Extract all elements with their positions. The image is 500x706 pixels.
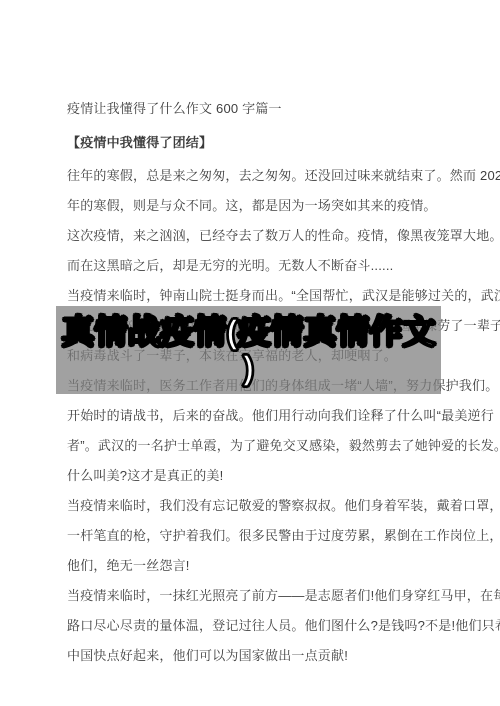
paragraph: 当疫情来临时，我们没有忘记敬爱的警察叔叔。他们身着军装，戴着口罩，像 一杆笔直的… [67, 491, 447, 581]
paragraph: 当疫情来临时，一抹红光照亮了前方——是志愿者们!他们身穿红马甲，在每个 路口尽心… [67, 581, 447, 671]
article-content: 疫情让我懂得了什么作文 600 字篇一 【疫情中我懂得了团结】 往年的寒假，总是… [67, 94, 447, 671]
paragraph-line: 往年的寒假，总是来之匆匆，去之匆匆。还没回过味来就结束了。然而 2020 [67, 161, 447, 191]
paragraph-line: 当疫情来临时，一抹红光照亮了前方——是志愿者们!他们身穿红马甲，在每个 [67, 581, 447, 611]
paragraph-line: 和病毒战斗了一辈子，本该在家享福的老人，却哽咽了。 [67, 341, 447, 371]
paragraph-line: 者”。武汉的一名护士单霞，为了避免交叉感染，毅然剪去了她钟爱的长发。 [67, 431, 447, 461]
paragraph-line: 他们，绝无一丝怨言! [67, 551, 447, 581]
paragraph: 当疫情来临时，钟南山院士挺身而出。“全国帮忙，武汉是能够过关的，武汉 本就是一座… [67, 281, 447, 371]
paragraph: 这次疫情，来之汹汹，已经夺去了数万人的性命。疫情，像黑夜笼罩大地。然 而在这黑暗… [67, 221, 447, 281]
article-page: 疫情让我懂得了什么作文 600 字篇一 【疫情中我懂得了团结】 往年的寒假，总是… [0, 0, 500, 706]
paragraph-line: 这次疫情，来之汹汹，已经夺去了数万人的性命。疫情，像黑夜笼罩大地。然 [67, 221, 447, 251]
paragraph-line: 年的寒假，则是与众不同。这，都是因为一场突如其来的疫情。 [67, 191, 447, 221]
paragraph-line: 当疫情来临时，我们没有忘记敬爱的警察叔叔。他们身着军装，戴着口罩，像 [67, 491, 447, 521]
article-heading: 疫情让我懂得了什么作文 600 字篇一 [67, 94, 447, 124]
paragraph-line: 本就是一座英雄的城市”。在提起武汉时，这个 84 岁，为国家操劳了一辈子， [67, 311, 447, 341]
paragraph-line: 当疫情来临时，医务工作者用他们的身体组成一堵“人墙”，努力保护我们。 [67, 371, 447, 401]
paragraph: 当疫情来临时，医务工作者用他们的身体组成一堵“人墙”，努力保护我们。 开始时的请… [67, 371, 447, 491]
paragraph-line: 一杆笔直的枪，守护着我们。很多民警由于过度劳累，累倒在工作岗位上，但 [67, 521, 447, 551]
paragraph-line: 路口尽心尽责的量体温，登记过往人员。他们图什么?是钱吗?不是!他们只希望 [67, 611, 447, 641]
paragraph-line: 开始时的请战书，后来的奋战。他们用行动向我们诠释了什么叫“最美逆行 [67, 401, 447, 431]
paragraph-line: 中国快点好起来，他们可以为国家做出一点贡献! [67, 641, 447, 671]
paragraph-line: 而在这黑暗之后，却是无穷的光明。无数人不断奋斗...... [67, 251, 447, 281]
section-title: 【疫情中我懂得了团结】 [67, 128, 447, 158]
paragraph: 往年的寒假，总是来之匆匆，去之匆匆。还没回过味来就结束了。然而 2020 年的寒… [67, 161, 447, 221]
paragraph-line: 什么叫美?这才是真正的美! [67, 461, 447, 491]
paragraph-line: 当疫情来临时，钟南山院士挺身而出。“全国帮忙，武汉是能够过关的，武汉 [67, 281, 447, 311]
